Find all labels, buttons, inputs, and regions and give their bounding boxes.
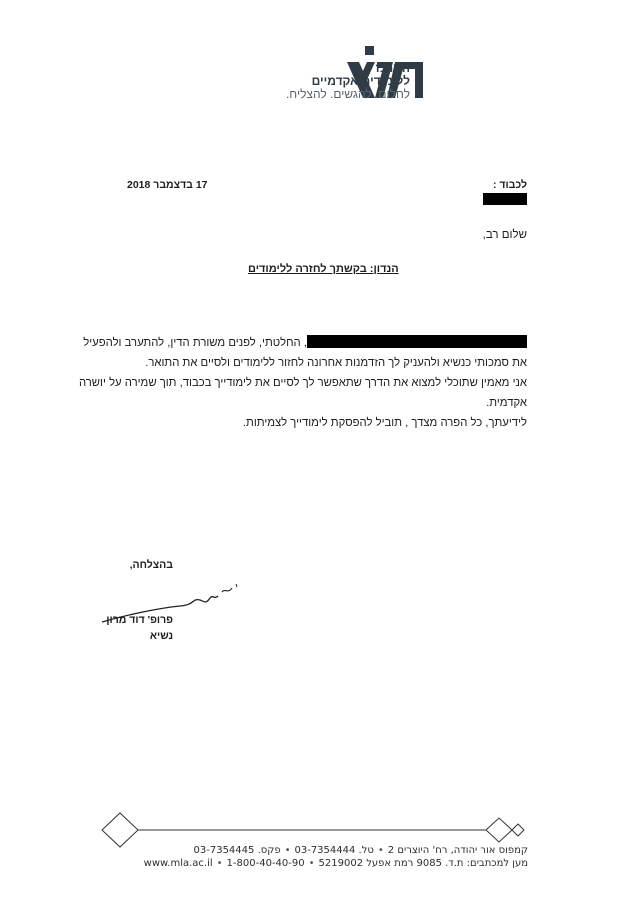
greeting: שלום רב,: [483, 229, 527, 241]
logo-slogan: לחלום. להגשים. להצליח.: [286, 88, 410, 101]
footer-mail: מען למכתבים: ת.ד. 9085 רמת אפעל 5219002•…: [144, 858, 528, 869]
body-line-1-text: , החלטתי, לפנים משורת הדין, להתערב ולהפע…: [83, 337, 307, 349]
body-line-4: אקדמית.: [107, 393, 527, 413]
letter-body: , החלטתי, לפנים משורת הדין, להתערב ולהפע…: [107, 333, 527, 433]
recipient-label: לכבוד :: [493, 179, 527, 191]
separator: •: [285, 845, 291, 856]
footer-website[interactable]: www.mla.ac.il: [144, 858, 213, 869]
separator: •: [309, 858, 315, 869]
footer-address: קמפוס אור יהודה, רח' היוצרים 2: [388, 845, 528, 856]
footer-toll-free: 1-800-40-40-90: [227, 858, 305, 869]
footer-phone: טל. 03-7354444: [294, 845, 373, 856]
footer-contact: קמפוס אור יהודה, רח' היוצרים 2•טל. 03-73…: [194, 845, 528, 856]
footer-fax: פקס. 03-7354445: [194, 845, 281, 856]
body-line-5: לידיעתך, כל הפרה מצדך , תוביל להפסקת לימ…: [107, 413, 527, 433]
logo-text: המרכז ללימודים אקדמיים לחלום. להגשים. לה…: [286, 62, 410, 101]
name-redaction: [307, 335, 527, 348]
body-line-1: , החלטתי, לפנים משורת הדין, להתערב ולהפע…: [107, 333, 527, 353]
body-line-2: את סמכותי כנשיא ולהעניק לך הזדמנות אחרונ…: [107, 353, 527, 373]
letter-date: 17 בדצמבר 2018: [127, 179, 208, 191]
closing-salutation: בהצלחה,: [130, 559, 173, 571]
subject-line: הנדון: בקשתך לחזרה ללימודים: [248, 263, 399, 275]
body-line-3: אני מאמין שתוכלי למצוא את הדרך שתאפשר לך…: [107, 373, 527, 393]
footer-mail-address: מען למכתבים: ת.ד. 9085 רמת אפעל 5219002: [319, 858, 528, 869]
recipient-redaction: [483, 193, 527, 205]
signer-title: נשיא: [150, 630, 173, 642]
signer-name: פרופ' דוד מרון: [106, 614, 173, 626]
separator: •: [378, 845, 384, 856]
separator: •: [217, 858, 223, 869]
